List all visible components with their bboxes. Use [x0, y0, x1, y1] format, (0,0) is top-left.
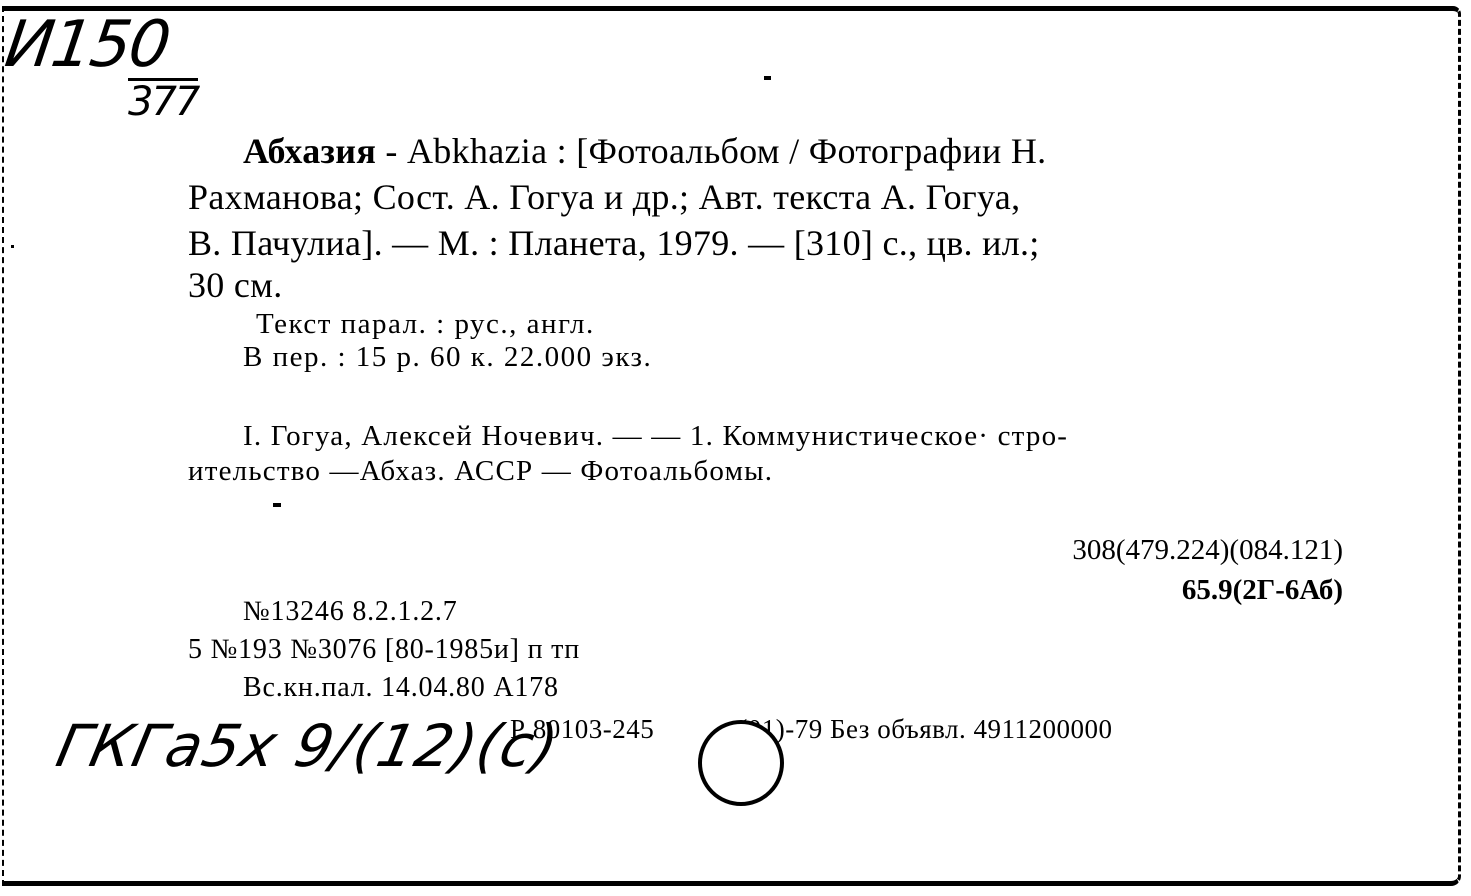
- ink-dot: [273, 503, 281, 507]
- title-line-3: В. Пачулиа]. — М. : Планета, 1979. — [31…: [188, 220, 1040, 266]
- tracing-line-2: ительство —Абхаз. АССР — Фотоальбомы.: [188, 455, 773, 488]
- title-heading: Абхазия: [243, 131, 376, 171]
- registration-line-4-right: (01)-79 Без объявл. 4911200000: [738, 714, 1112, 744]
- ink-dot: [764, 76, 771, 80]
- registration-line-4: Р 80103-245(01)-79 Без объявл. 491120000…: [510, 714, 1113, 745]
- inventory-note-handwritten: ГКГа5х 9/(12)(с): [51, 712, 565, 780]
- registration-line-1: №13246 8.2.1.2.7: [243, 596, 458, 628]
- ink-dot: [11, 245, 14, 248]
- title-line-2: Рахманова; Сост. А. Гогуа и др.; Авт. те…: [188, 174, 1020, 220]
- title-line-4: 30 см.: [188, 262, 283, 308]
- registration-line-3: Вс.кн.пал. 14.04.80 А178: [243, 672, 559, 704]
- language-note: Текст парал. : рус., англ.: [256, 308, 595, 341]
- bbk-classification: 65.9(2Г-6Аб): [1182, 574, 1343, 607]
- price-run-note: В пер. : 15 р. 60 к. 22.000 экз.: [243, 341, 652, 374]
- registration-line-2: 5 №193 №3076 [80-1985и] п тп: [188, 634, 580, 666]
- title-line-1-rest: - Abkhazia : [Фотоальбом / Фотографии Н.: [376, 131, 1046, 171]
- shelf-mark-sub-handwritten: 377: [128, 78, 198, 121]
- tracing-line-1: I. Гогуа, Алексей Ночевич. — — 1. Коммун…: [243, 420, 1068, 453]
- shelf-mark-handwritten: И150: [1, 8, 173, 82]
- punch-hole: [698, 720, 784, 806]
- title-line-1: Абхазия - Abkhazia : [Фотоальбом / Фотог…: [243, 128, 1046, 174]
- udc-classification: 308(479.224)(084.121): [1072, 534, 1343, 567]
